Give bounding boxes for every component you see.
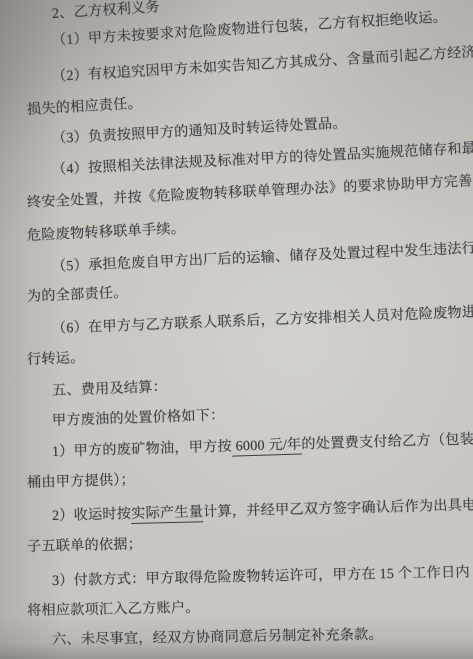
document-photo: 2、乙方权利义务（1）甲方未按要求对危险废物进行包装，乙方有权拒绝收运。（2）有… [0,0,473,659]
text-line: （4）按照相关法律法规及标准对甲方的待处置品实施规范储存和最 [52,139,473,179]
underlined-text-segment: 6000 元/年 [232,437,302,457]
text-line: 危险废物转移联单手续。 [27,220,186,245]
text-line: 2）收运时按实际产生量计算，并经甲乙双方签字确认后作为出具电 [52,496,473,525]
text-segment: （4）按照相关法律法规及标准对甲方的待处置品实施规范储存和最 [52,140,473,178]
text-segment: 终安全处置，并按《危险废物转移联单管理办法》的要求协助甲方完善 [27,173,473,211]
text-segment: 五、费用及结算： [52,379,168,399]
text-segment: 行转运。 [27,350,85,368]
text-segment: （6）在甲方与乙方联系人联系后，乙方安排相关人员对危险废物进 [52,304,473,337]
text-segment: 2）收运时按 [52,506,132,524]
text-line: 桶由甲方提供）； [27,471,135,492]
text-segment: 1）甲方的废矿物油，甲方按 [52,439,232,460]
text-segment: 的处置费支付给乙方（包装 [301,431,473,452]
text-line: 损失的相应责任。 [26,95,142,119]
text-segment: 危险废物转移联单手续。 [27,221,186,244]
document-lines: 2、乙方权利义务（1）甲方未按要求对危险废物进行包装，乙方有权拒绝收运。（2）有… [0,0,473,659]
text-line: （6）在甲方与乙方联系人联系后，乙方安排相关人员对危险废物进 [52,303,473,338]
text-segment: 为的全部责任。 [27,285,128,305]
text-segment: （3）负责按照甲方的通知及时转运待处置品。 [52,115,347,147]
text-segment: （5）承担危废自甲方出厂后的运输、储存及处置过程中发生违法行 [52,240,473,275]
text-line: 行转运。 [27,349,85,369]
text-segment: 甲方废油的处置价格如下： [52,407,225,429]
text-line: （2）有权追究因甲方未如实告知乙方其成分、含量而引起乙方经济 [51,43,473,86]
text-line: 终安全处置，并按《危险废物转移联单管理办法》的要求协助甲方完善 [27,172,473,212]
text-line: 子五联单的依据； [27,535,142,556]
text-line: 甲方废油的处置价格如下： [52,406,225,430]
text-line: 六、未尽事宜，经双方协商同意后另制定补充条款。 [52,626,383,649]
text-segment: 六、未尽事宜，经双方协商同意后另制定补充条款。 [52,627,383,648]
text-segment: 3）付款方式：甲方取得危险废物转运许可，甲方在 15 个工作日内 [52,564,470,589]
text-segment: 将相应款项汇入乙方账户。 [27,600,200,619]
text-line: 2、乙方权利义务 [51,0,160,23]
text-line: （3）负责按照甲方的通知及时转运待处置品。 [52,114,348,148]
underlined-text-segment: 实际产生量 [131,504,203,523]
text-line: 将相应款项汇入乙方账户。 [27,599,200,620]
text-line: 为的全部责任。 [27,284,128,306]
text-segment: 子五联单的依据； [27,536,142,555]
text-line: 五、费用及结算： [52,378,168,400]
text-segment: （2）有权追究因甲方未如实告知乙方其成分、含量而引起乙方经济 [52,44,473,85]
text-segment: 2、乙方权利义务 [51,0,160,22]
text-line: 1）甲方的废矿物油，甲方按 6000 元/年的处置费支付给乙方（包装 [52,430,473,461]
text-segment: 桶由甲方提供）； [27,472,135,491]
text-segment: 计算，并经甲乙双方签字确认后作为出具电 [203,497,473,520]
text-line: （5）承担危废自甲方出厂后的运输、储存及处置过程中发生违法行 [52,239,473,276]
text-segment: 损失的相应责任。 [27,96,143,118]
text-line: 3）付款方式：甲方取得危险废物转运许可，甲方在 15 个工作日内 [52,563,470,590]
